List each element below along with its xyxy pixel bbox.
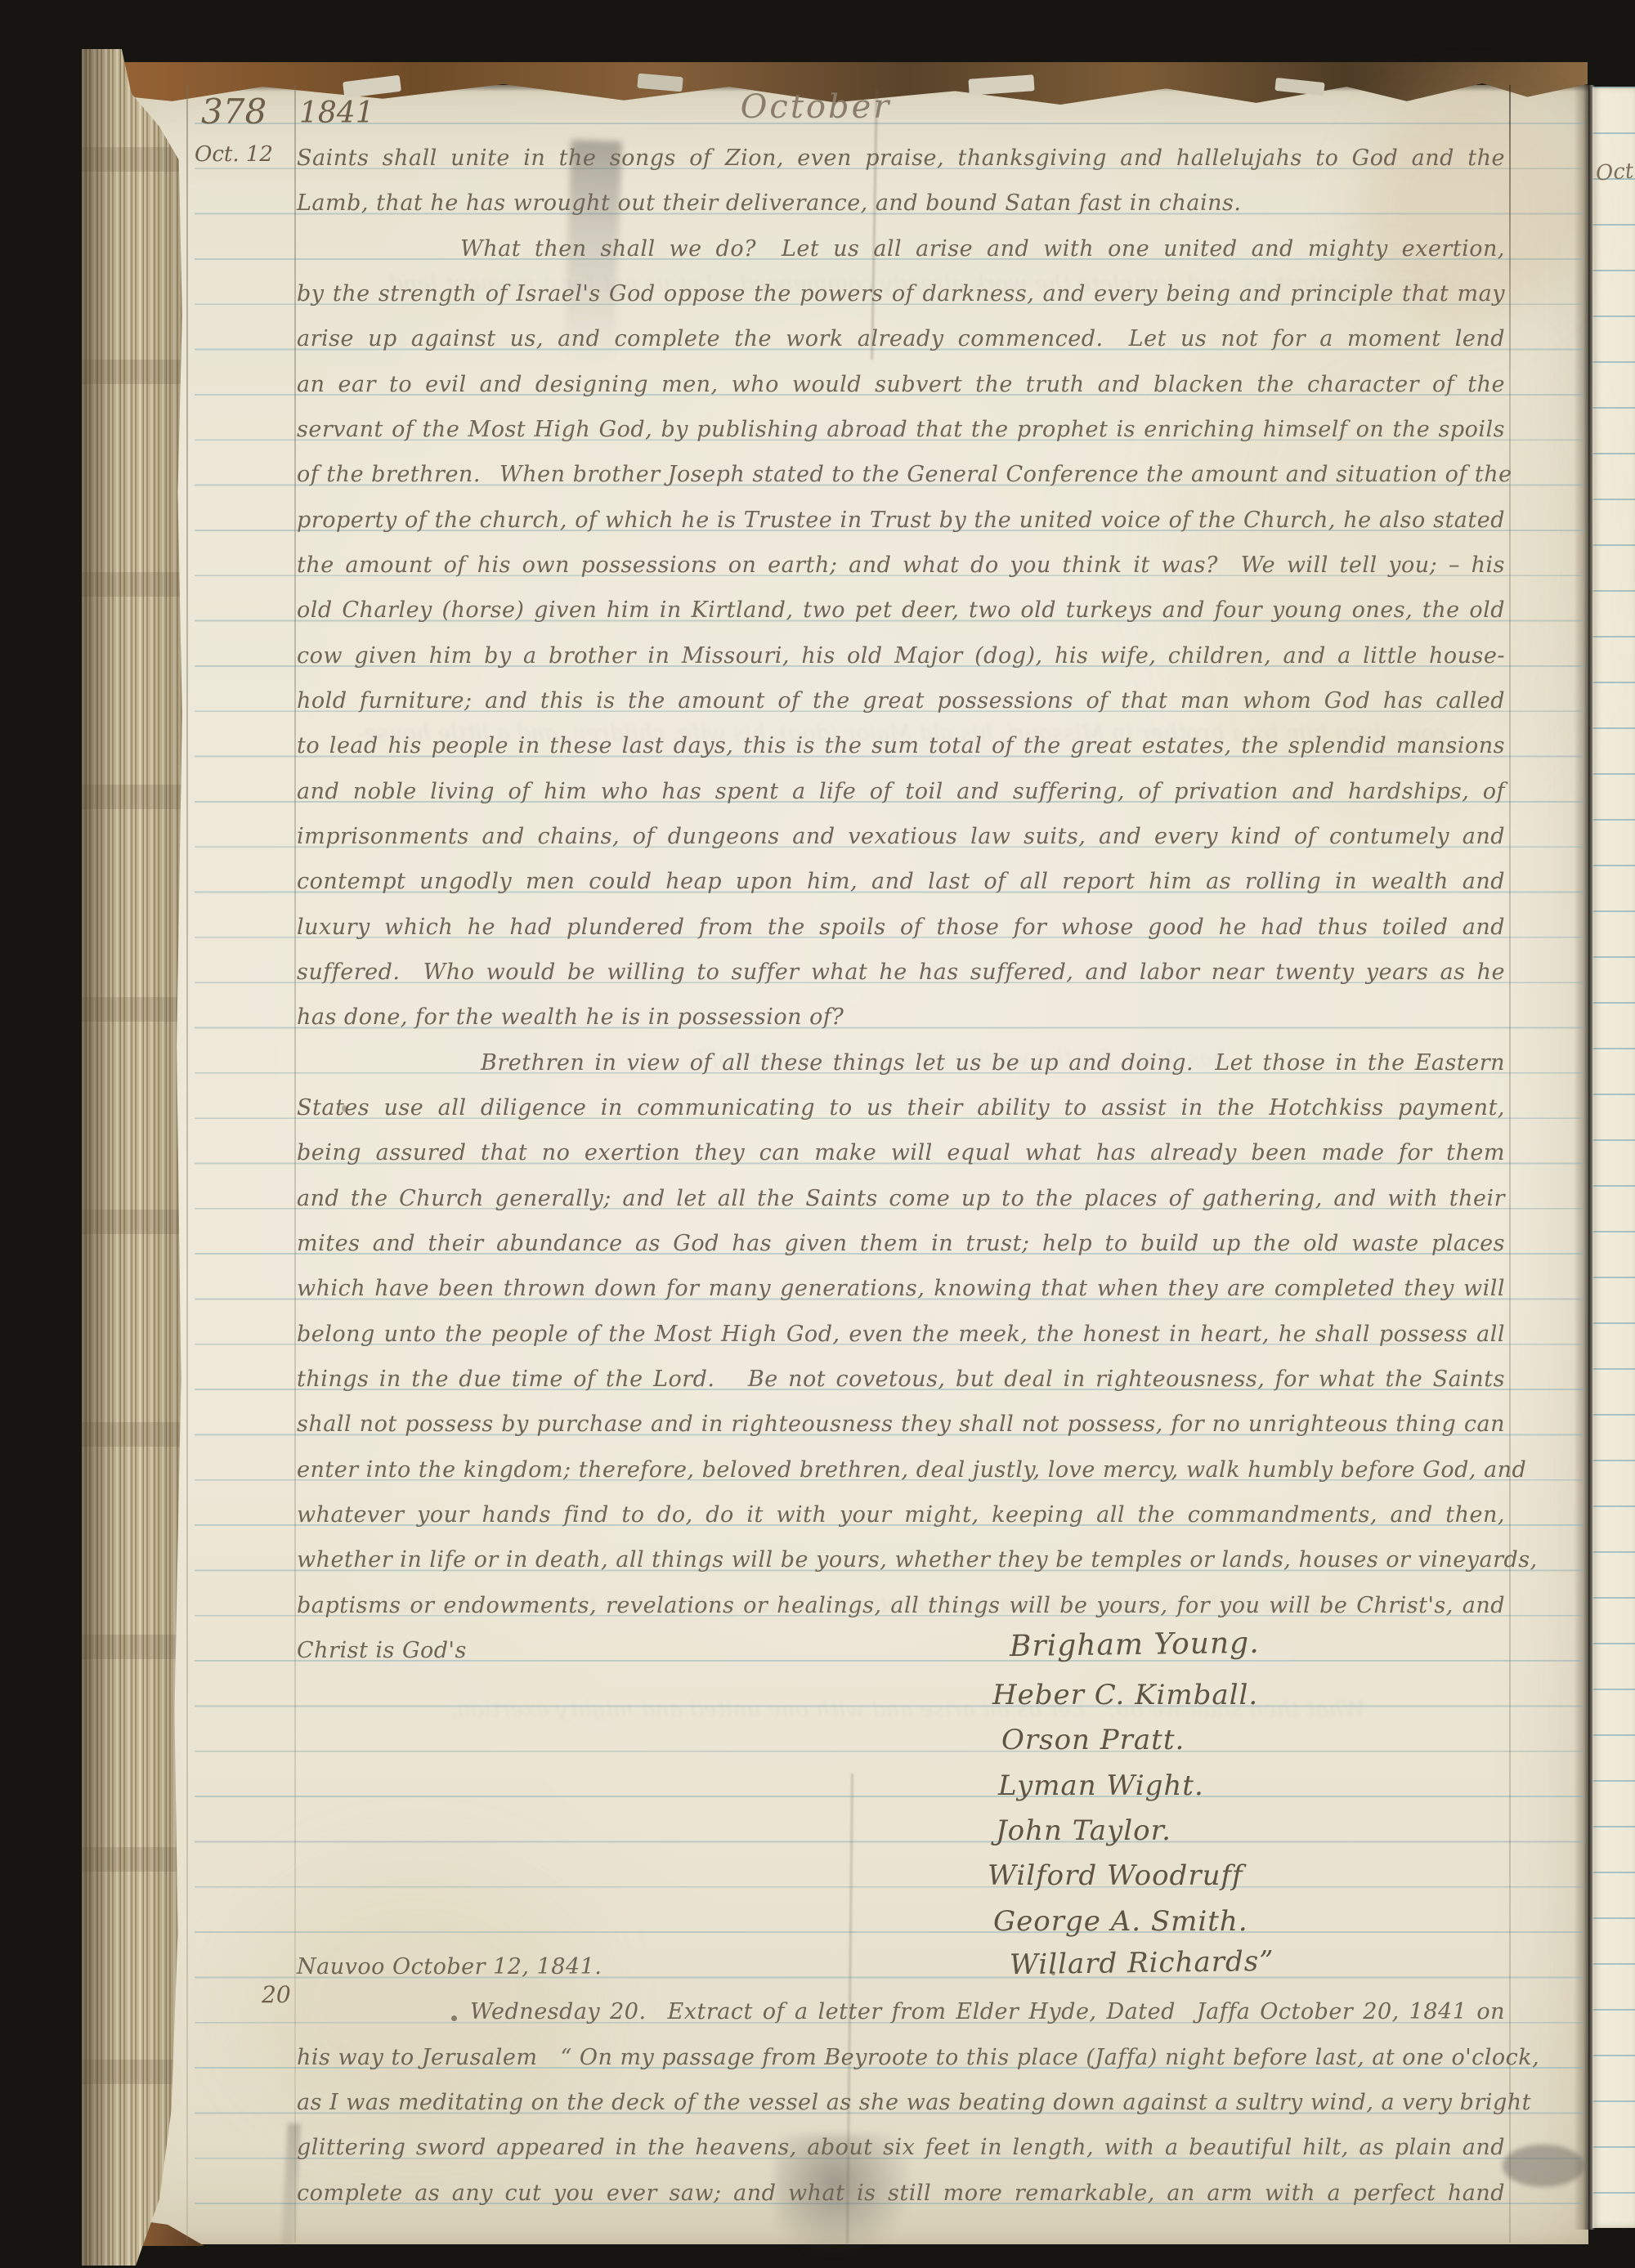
signature-wilford-woodruff: Wilford Woodruff [297,1854,1505,1899]
epistle-line: imprisonments and chains, of dungeons an… [297,814,1505,859]
epistle-line: has done, for the wealth he is in posses… [297,995,1505,1040]
epistle-line: and noble living of him who has spent a … [297,769,1505,814]
epistle-line: arise up against us, and complete the wo… [297,316,1505,361]
epistle-line: mites and their abundance as God has giv… [297,1221,1505,1266]
manuscript-text-block: Saints shall unite in the songs of Zion,… [297,136,1505,2216]
signature-george-a-smith: George A. Smith. [297,1899,1505,1944]
inner-margin-rule [294,85,296,2243]
right-page-sliver [1592,87,1635,2228]
manuscript-photo: arise up against us, and complete the wo… [0,0,1635,2268]
epistle-line: servant of the Most High God, by publish… [297,407,1505,452]
margin-date: Oct. 12 [195,142,273,167]
epistle-line: enter into the kingdom; therefore, belov… [297,1447,1505,1492]
closing-and-first-signature-line: Christ is God's Brigham Young. [297,1628,1505,1673]
month-header: October [701,88,930,126]
epistle-line: being assured that no exertion they can … [297,1130,1505,1175]
journal-entry-line: as I was meditating on the deck of the v… [297,2080,1505,2125]
epistle-line: property of the church, of which he is T… [297,498,1505,543]
closing-phrase: Christ is God's [297,1638,467,1663]
epistle-line: to lead his people in these last days, t… [297,723,1505,768]
epistle-line: whether in life or in death, all things … [297,1537,1505,1582]
epistle-line: hold furniture; and this is the amount o… [297,678,1505,723]
adjacent-page-month-note: Oct [1595,159,1634,186]
journal-entry-line: glittering sword appeared in the heavens… [297,2125,1505,2170]
left-margin-rule [186,85,188,2243]
epistle-line: an ear to evil and designing men, who wo… [297,362,1505,407]
signature-lyman-wight: Lyman Wight. [297,1764,1505,1809]
page-number: 378 [201,92,267,132]
journal-entry-line: Wednesday 20. Extract of a letter from E… [297,1989,1505,2034]
place-dateline: Nauvoo October 12, 1841. [297,1954,602,1979]
epistle-line: States use all diligence in communicatin… [297,1085,1505,1130]
epistle-line: suffered. Who would be willing to suffer… [297,950,1505,995]
year-label: 1841 [299,96,374,130]
signature-brigham-young: Brigham Young. [1010,1621,1260,1670]
epistle-line: of the brethren. When brother Joseph sta… [297,452,1505,497]
epistle-line: What then shall we do? Let us all arise … [297,226,1505,271]
epistle-line: by the strength of Israel's God oppose t… [297,271,1505,316]
epistle-line: baptisms or endowments, revelations or h… [297,1583,1505,1628]
epistle-line: the amount of his own possessions on ear… [297,543,1505,588]
right-margin-rule [1509,85,1511,2243]
journal-entry-line: complete as any cut you ever saw; and wh… [297,2171,1505,2216]
epistle-line: luxury which he had plundered from the s… [297,905,1505,950]
epistle-line: things in the due time of the Lord. Be n… [297,1357,1505,1402]
left-page-stack-edge [82,49,190,2266]
epistle-line: Lamb, that he has wrought out their deli… [297,181,1505,226]
dateline-and-last-signature-line: Nauvoo October 12, 1841. Willard Richard… [297,1944,1505,1989]
signature-orson-pratt: Orson Pratt. [297,1718,1505,1763]
margin-day-number: 20 [262,1981,291,2008]
signature-willard-richards: Willard Richards” [1010,1939,1274,1988]
epistle-line: old Charley (horse) given him in Kirtlan… [297,588,1505,633]
epistle-line: Saints shall unite in the songs of Zion,… [297,136,1505,181]
signature-john-taylor: John Taylor. [297,1809,1505,1854]
epistle-line: whatever your hands find to do, do it wi… [297,1492,1505,1537]
epistle-line: and the Church generally; and let all th… [297,1176,1505,1221]
epistle-line: contempt ungodly men could heap upon him… [297,859,1505,904]
epistle-line: cow given him by a brother in Missouri, … [297,633,1505,678]
epistle-line: which have been thrown down for many gen… [297,1266,1505,1311]
journal-entry-line: his way to Jerusalem “ On my passage fro… [297,2035,1505,2080]
epistle-line: belong unto the people of the Most High … [297,1312,1505,1357]
signature-heber-c-kimball: Heber C. Kimball. [297,1673,1505,1718]
epistle-line: Brethren in view of all these things let… [297,1040,1505,1085]
epistle-line: shall not possess by purchase and in rig… [297,1402,1505,1447]
